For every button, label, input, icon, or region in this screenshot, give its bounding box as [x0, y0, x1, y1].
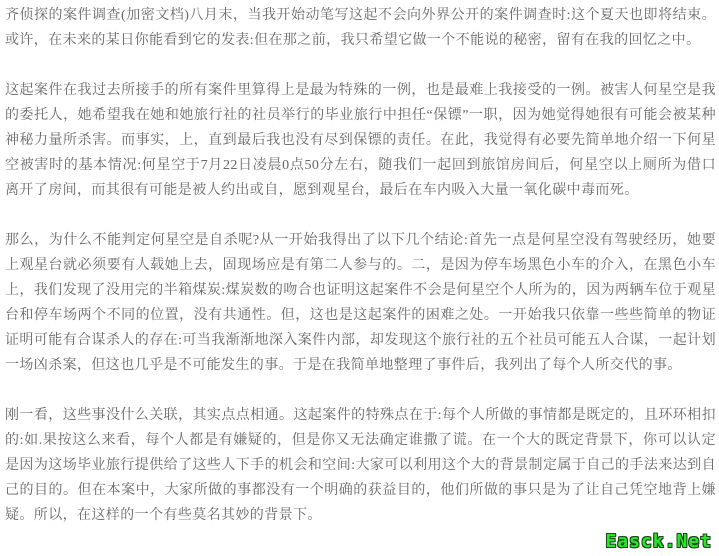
paragraph-case-summary: 这起案件在我过去所接手的所有案件里算得上是最为特殊的一例，也是最难上我接受的一例… [5, 78, 716, 203]
paragraph-deduction: 那么，为什么不能判定何星空是自杀呢?从一开始我得出了以下几个结论:首先一点是何星… [5, 228, 716, 378]
paragraph-conclusion: 刚一看，这些事没什么关联，其实点点相通。这起案件的特殊点在于:每个人所做的事情都… [5, 403, 716, 528]
article-body: 齐侦探的案件调查(加密文档)八月末，当我开始动笔写这起不会向外界公开的案件调查时… [0, 0, 719, 528]
site-watermark: Easck.Net [605, 531, 712, 552]
paragraph-intro: 齐侦探的案件调查(加密文档)八月末，当我开始动笔写这起不会向外界公开的案件调查时… [5, 3, 716, 53]
